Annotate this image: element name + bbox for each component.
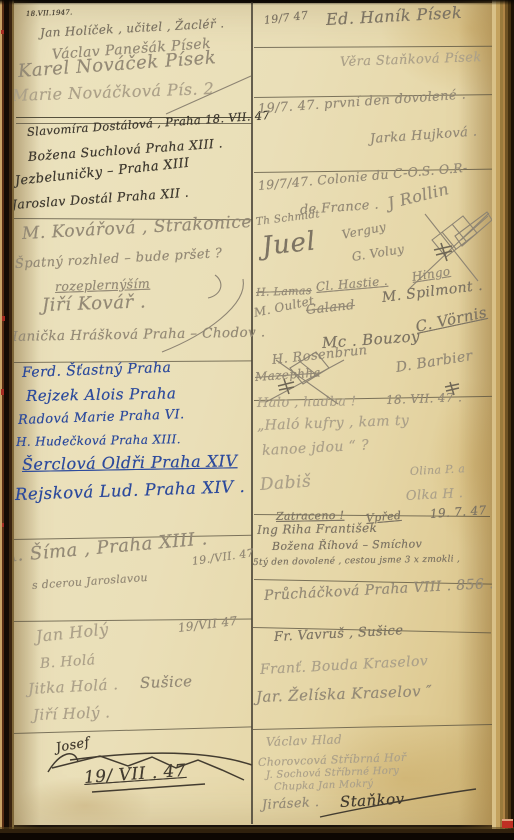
flag-stripe bbox=[298, 360, 318, 376]
stankov-flourish bbox=[320, 789, 476, 817]
bracket-flourish bbox=[208, 275, 221, 298]
red-fleck bbox=[2, 316, 5, 321]
diagonal-stroke bbox=[166, 76, 251, 114]
doodles-overlay bbox=[0, 0, 514, 840]
pencil-flourishes bbox=[162, 76, 251, 352]
red-corner-mark bbox=[502, 819, 513, 828]
bottom-page-edge bbox=[0, 822, 514, 840]
red-fleck bbox=[1, 389, 4, 395]
red-fleck bbox=[2, 523, 4, 527]
book-spine bbox=[0, 0, 14, 840]
signature-flourish bbox=[162, 279, 243, 352]
red-fleck bbox=[1, 30, 4, 34]
flag-doodle-top bbox=[409, 212, 492, 289]
josef-signature-flourish bbox=[48, 753, 252, 792]
top-page-edge bbox=[0, 0, 514, 5]
guestbook-page-scan: 18.VII.1947.Jan Holíček , učitel , Žaclé… bbox=[0, 0, 514, 840]
fore-edge-pages bbox=[492, 0, 514, 840]
flag bbox=[432, 216, 477, 257]
flag-doodle-bottom bbox=[266, 352, 344, 404]
